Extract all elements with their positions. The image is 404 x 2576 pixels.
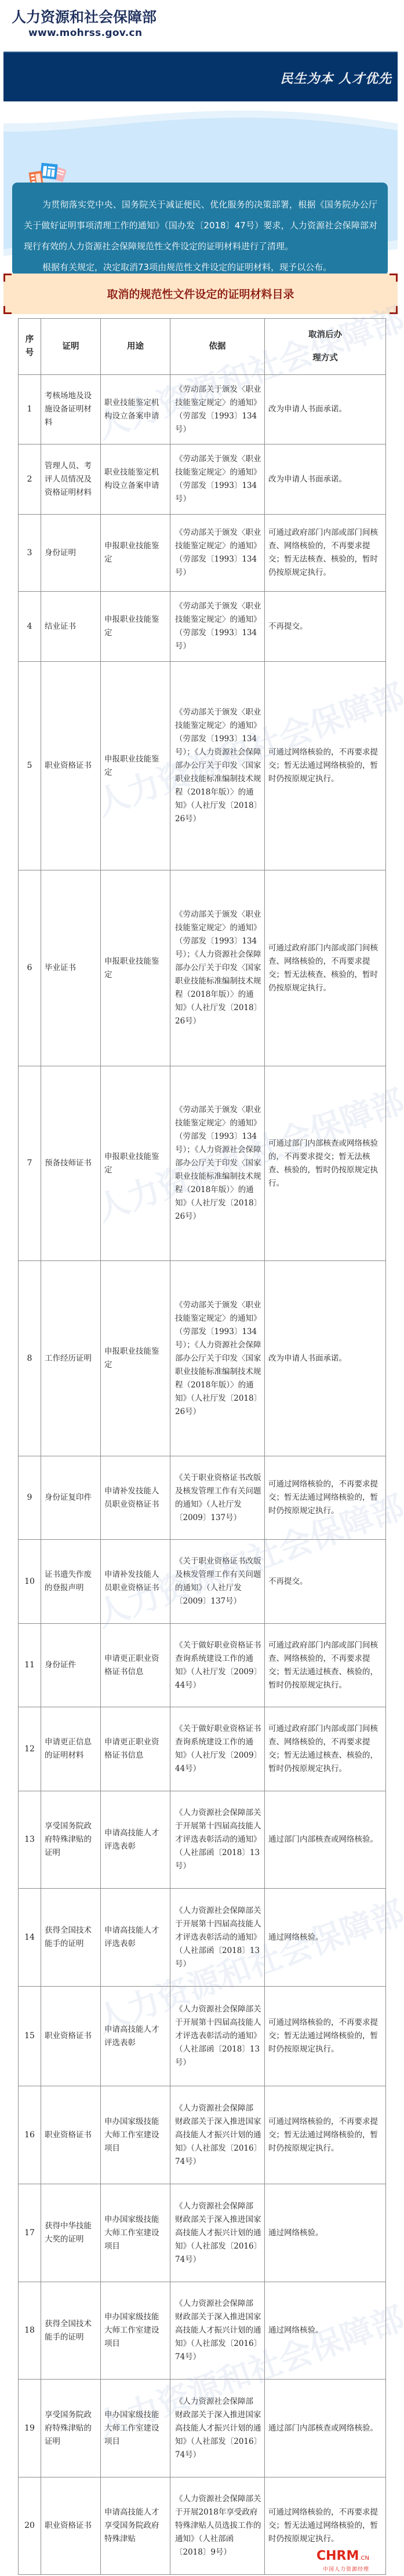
- cert-cell: 预备技师证书: [41, 1066, 101, 1261]
- row-number: 11: [19, 1624, 41, 1707]
- row-number: 8: [19, 1261, 41, 1456]
- cert-cell: 职业资格证书: [41, 1987, 101, 2086]
- basis-cell: 《人力资源社会保障部 财政部关于深入推进国家高技能人才振兴计划的通知》（人社部发…: [170, 2380, 265, 2477]
- row-number: 13: [19, 1791, 41, 1889]
- method-cell: 改为申请人书面承诺。: [265, 444, 386, 515]
- row-number: 14: [19, 1889, 41, 1987]
- basis-cell: 《劳动部关于颁发〈职业技能鉴定规定〉的通知》（劳部发〔1993〕134号）: [170, 375, 265, 444]
- use-cell: 职业技能鉴定机构设立备案申请: [101, 375, 170, 444]
- table-row: 5职业资格证书申报职业技能鉴定《劳动部关于颁发〈职业技能鉴定规定〉的通知》（劳部…: [19, 662, 386, 870]
- use-cell: 申报职业技能鉴定: [101, 1066, 170, 1261]
- use-cell: 申请更正职业资格证书信息: [101, 1624, 170, 1707]
- cert-cell: 管理人员、考评人员情况及资格证明材料: [41, 444, 101, 515]
- cert-cell: 证书遗失作废的登报声明: [41, 1540, 101, 1624]
- intro-paragraph: 为贯彻落实党中央、国务院关于减证便民、优化服务的决策部署，根据《国务院办公厅关于…: [24, 194, 377, 257]
- basis-cell: 《人力资源社会保障部关于开展第十四届高技能人才评选表彰活动的通知》（人社部函〔2…: [170, 1791, 265, 1889]
- header-method: 取消后办理方式: [265, 319, 386, 375]
- table-row: 9身份证复印件申请补发技能人员职业资格证书《关于职业资格证书改版及核发管理工作有…: [19, 1456, 386, 1540]
- method-cell: 可通过网络核验的，不再要求提交；暂无法通过网络核验的，暂时仍按原规定执行。: [265, 1987, 386, 2086]
- basis-cell: 《关于做好职业资格证书查询系统建设工作的通知》（人社厅发〔2009〕44号）: [170, 1624, 265, 1707]
- method-cell: 可通过网络核验的，不再要求提交；暂无法通过网络核验的，暂时仍按原规定执行。: [265, 1456, 386, 1540]
- chrm-suffix: .CN: [359, 2555, 369, 2562]
- method-cell: 通过网络核验。: [265, 2184, 386, 2282]
- basis-cell: 《关于职业资格证书改版及核发管理工作有关问题的通知》（人社厅发〔2009〕137…: [170, 1456, 265, 1540]
- use-cell: 申办国家级技能大师工作室建设项目: [101, 2184, 170, 2282]
- method-cell: 通过部门内部核查或网络核验。: [265, 2380, 386, 2477]
- method-cell: 可通过政府部门内部或部门间核查、网络核验的，不再要求提交；暂无法通过核查、核验的…: [265, 1624, 386, 1707]
- basis-cell: 《关于职业资格证书改版及核发管理工作有关问题的通知》（人社厅发〔2009〕137…: [170, 1540, 265, 1624]
- chrm-brand: CHRM: [316, 2549, 359, 2563]
- section-title-banner: 取消的规范性文件设定的证明材料目录: [3, 274, 398, 314]
- row-number: 16: [19, 2086, 41, 2184]
- method-cell: 可通过网络核验的，不再要求提交；暂无法通过网络核验的，暂时仍按原规定执行。: [265, 2086, 386, 2184]
- slogan: 民生为本 人才优先: [280, 69, 392, 87]
- row-number: 1: [19, 375, 41, 444]
- basis-cell: 《人力资源社会保障部 财政部关于深入推进国家高技能人才振兴计划的通知》（人社部发…: [170, 2184, 265, 2282]
- table-row: 4结业证书申报职业技能鉴定《劳动部关于颁发〈职业技能鉴定规定〉的通知》（劳部发〔…: [19, 592, 386, 662]
- basis-cell: 《劳动部关于颁发〈职业技能鉴定规定〉的通知》（劳部发〔1993〕134号）: [170, 592, 265, 662]
- header-use: 用途: [101, 319, 170, 375]
- use-cell: 申请高技能人才评选表彰: [101, 1987, 170, 2086]
- use-cell: 申请高技能人才评选表彰: [101, 1889, 170, 1987]
- table-header-row: 序号 证明 用途 依据 取消后办理方式: [19, 319, 386, 375]
- cert-cell: 考核场地及设施设备证明材料: [41, 375, 101, 444]
- certificate-table: 序号 证明 用途 依据 取消后办理方式 1考核场地及设施设备证明材料职业技能鉴定…: [18, 318, 386, 2575]
- method-cell: 可通过政府部门内部或部门间核查、网络核验的，不再要求提交；暂无法通过核查、核验的…: [265, 1707, 386, 1791]
- header-cert: 证明: [41, 319, 101, 375]
- use-cell: 申请高技能人才评选表彰: [101, 1791, 170, 1889]
- row-number: 9: [19, 1456, 41, 1540]
- basis-cell: 《劳动部关于颁发〈职业技能鉴定规定〉的通知》（劳部发〔1993〕134号）: [170, 444, 265, 515]
- basis-cell: 《人力资源社会保障部关于开展第十四届高技能人才评选表彰活动的通知》（人社部函〔2…: [170, 1987, 265, 2086]
- site-url[interactable]: www.mohrss.gov.cn: [28, 27, 142, 39]
- basis-cell: 《劳动部关于颁发〈职业技能鉴定规定〉的通知》（劳部发〔1993〕134号）；《人…: [170, 1066, 265, 1261]
- row-number: 7: [19, 1066, 41, 1261]
- cert-cell: 职业资格证书: [41, 2086, 101, 2184]
- row-number: 3: [19, 515, 41, 592]
- basis-cell: 《人力资源社会保障部关于开展第十四届高技能人才评选表彰活动的通知》（人社部函〔2…: [170, 1889, 265, 1987]
- cert-cell: 职业资格证书: [41, 2477, 101, 2575]
- chrm-subtitle: 中国人力资源经理: [316, 2565, 369, 2573]
- header-basis: 依据: [170, 319, 265, 375]
- table-row: 1考核场地及设施设备证明材料职业技能鉴定机构设立备案申请《劳动部关于颁发〈职业技…: [19, 375, 386, 444]
- method-cell: 改为申请人书面承诺。: [265, 375, 386, 444]
- header-banner: 民生为本 人才优先: [3, 52, 398, 101]
- use-cell: 申办国家级技能大师工作室建设项目: [101, 2086, 170, 2184]
- row-number: 20: [19, 2477, 41, 2575]
- cert-cell: 享受国务院政府特殊津贴的证明: [41, 2380, 101, 2477]
- method-cell: 通过网络核验。: [265, 2282, 386, 2380]
- cert-cell: 身份证件: [41, 1624, 101, 1707]
- row-number: 17: [19, 2184, 41, 2282]
- method-cell: 可通过部门内部核查或网络核验的，不再要求提交；暂无法核查、核验的，暂时仍按原规定…: [265, 1066, 386, 1261]
- header-seq: 序号: [19, 319, 41, 375]
- table-row: 8工作经历证明申报职业技能鉴定《劳动部关于颁发〈职业技能鉴定规定〉的通知》（劳部…: [19, 1261, 386, 1456]
- cert-cell: 身份证复印件: [41, 1456, 101, 1540]
- row-number: 10: [19, 1540, 41, 1624]
- table-row: 11身份证件申请更正职业资格证书信息《关于做好职业资格证书查询系统建设工作的通知…: [19, 1624, 386, 1707]
- table-row: 7预备技师证书申报职业技能鉴定《劳动部关于颁发〈职业技能鉴定规定〉的通知》（劳部…: [19, 1066, 386, 1261]
- chrm-logo: CHRM.CN 中国人力资源经理: [316, 2550, 369, 2573]
- use-cell: 申请补发技能人员职业资格证书: [101, 1456, 170, 1540]
- row-number: 2: [19, 444, 41, 515]
- table-row: 6毕业证书申报职业技能鉴定《劳动部关于颁发〈职业技能鉴定规定〉的通知》（劳部发〔…: [19, 870, 386, 1066]
- corner-bracket-icon: [3, 274, 12, 282]
- basis-cell: 《劳动部关于颁发〈职业技能鉴定规定〉的通知》（劳部发〔1993〕134号）: [170, 515, 265, 592]
- corner-bracket-icon: [3, 306, 12, 314]
- intro-notice: 为贯彻落实党中央、国务院关于减证便民、优化服务的决策部署，根据《国务院办公厅关于…: [12, 183, 388, 276]
- cert-cell: 工作经历证明: [41, 1261, 101, 1456]
- use-cell: 申报职业技能鉴定: [101, 592, 170, 662]
- use-cell: 申报职业技能鉴定: [101, 662, 170, 870]
- table-row: 3身份证明申报职业技能鉴定《劳动部关于颁发〈职业技能鉴定规定〉的通知》（劳部发〔…: [19, 515, 386, 592]
- table-row: 12申请更正信息的证明材料申请更正职业资格证书信息《关于做好职业资格证书查询系统…: [19, 1707, 386, 1791]
- basis-cell: 《关于做好职业资格证书查询系统建设工作的通知》（人社厅发〔2009〕44号）: [170, 1707, 265, 1791]
- basis-cell: 《人力资源社会保障部 财政部关于深入推进国家高技能人才振兴计划的通知》（人社部发…: [170, 2086, 265, 2184]
- method-cell: 可通过政府部门内部或部门间核查、网络核验的，不再要求提交；暂无法核查、核验的，暂…: [265, 870, 386, 1066]
- table-row: 15职业资格证书申请高技能人才评选表彰《人力资源社会保障部关于开展第十四届高技能…: [19, 1987, 386, 2086]
- use-cell: 申报职业技能鉴定: [101, 870, 170, 1066]
- basis-cell: 《劳动部关于颁发〈职业技能鉴定规定〉的通知》（劳部发〔1993〕134号）；《人…: [170, 870, 265, 1066]
- cert-cell: 毕业证书: [41, 870, 101, 1066]
- cert-cell: 结业证书: [41, 592, 101, 662]
- method-cell: 改为申请人书面承诺。: [265, 1261, 386, 1456]
- basis-cell: 《人力资源社会保障部关于开展2018年享受政府特殊津贴人员选拔工作的通知》（人社…: [170, 2477, 265, 2575]
- cert-cell: 申请更正信息的证明材料: [41, 1707, 101, 1791]
- site-header: 人力资源和社会保障部 www.mohrss.gov.cn: [0, 0, 404, 51]
- use-cell: 职业技能鉴定机构设立备案申请: [101, 444, 170, 515]
- use-cell: 申请更正职业资格证书信息: [101, 1707, 170, 1791]
- use-cell: 申报职业技能鉴定: [101, 515, 170, 592]
- table-row: 17获得中华技能大奖的证明申办国家级技能大师工作室建设项目《人力资源社会保障部 …: [19, 2184, 386, 2282]
- cert-cell: 享受国务院政府特殊津贴的证明: [41, 1791, 101, 1889]
- table-row: 10证书遗失作废的登报声明申请补发技能人员职业资格证书《关于职业资格证书改版及核…: [19, 1540, 386, 1624]
- table-row: 18获得全国技术能手的证明申办国家级技能大师工作室建设项目《人力资源社会保障部 …: [19, 2282, 386, 2380]
- row-number: 15: [19, 1987, 41, 2086]
- use-cell: 申报职业技能鉴定: [101, 1261, 170, 1456]
- corner-bracket-icon: [390, 274, 398, 282]
- use-cell: 申请补发技能人员职业资格证书: [101, 1540, 170, 1624]
- method-cell: 不再提交。: [265, 1540, 386, 1624]
- row-number: 6: [19, 870, 41, 1066]
- org-name: 人力资源和社会保障部: [12, 6, 156, 27]
- cert-cell: 职业资格证书: [41, 662, 101, 870]
- basis-cell: 《人力资源社会保障部 财政部关于深入推进国家高技能人才振兴计划的通知》（人社部发…: [170, 2282, 265, 2380]
- table-row: 14获得全国技术能手的证明申请高技能人才评选表彰《人力资源社会保障部关于开展第十…: [19, 1889, 386, 1987]
- table-row: 16职业资格证书申办国家级技能大师工作室建设项目《人力资源社会保障部 财政部关于…: [19, 2086, 386, 2184]
- row-number: 18: [19, 2282, 41, 2380]
- section-title: 取消的规范性文件设定的证明材料目录: [3, 286, 398, 301]
- method-cell: 可通过网络核验的，不再要求提交；暂无法通过网络核验的，暂时仍按原规定执行。: [265, 662, 386, 870]
- cert-cell: 身份证明: [41, 515, 101, 592]
- row-number: 19: [19, 2380, 41, 2477]
- use-cell: 申请高技能人才享受国务院政府特殊津贴: [101, 2477, 170, 2575]
- basis-cell: 《劳动部关于颁发〈职业技能鉴定规定〉的通知》（劳部发〔1993〕134号）；《人…: [170, 1261, 265, 1456]
- method-cell: 不再提交。: [265, 592, 386, 662]
- use-cell: 申办国家级技能大师工作室建设项目: [101, 2282, 170, 2380]
- wave-decoration-top: [3, 107, 398, 148]
- row-number: 4: [19, 592, 41, 662]
- basis-cell: 《劳动部关于颁发〈职业技能鉴定规定〉的通知》（劳部发〔1993〕134号）；《人…: [170, 662, 265, 870]
- row-number: 5: [19, 662, 41, 870]
- method-cell: 可通过政府部门内部或部门间核查、网络核验的，不再要求提交；暂无法核查、核验的，暂…: [265, 515, 386, 592]
- cert-cell: 获得全国技术能手的证明: [41, 1889, 101, 1987]
- corner-bracket-icon: [390, 306, 398, 314]
- table-row: 2管理人员、考评人员情况及资格证明材料职业技能鉴定机构设立备案申请《劳动部关于颁…: [19, 444, 386, 515]
- cert-cell: 获得中华技能大奖的证明: [41, 2184, 101, 2282]
- table-row: 13享受国务院政府特殊津贴的证明申请高技能人才评选表彰《人力资源社会保障部关于开…: [19, 1791, 386, 1889]
- method-cell: 通过网络核验。: [265, 1889, 386, 1987]
- cert-cell: 获得全国技术能手的证明: [41, 2282, 101, 2380]
- row-number: 12: [19, 1707, 41, 1791]
- table-row: 19享受国务院政府特殊津贴的证明申办国家级技能大师工作室建设项目《人力资源社会保…: [19, 2380, 386, 2477]
- use-cell: 申办国家级技能大师工作室建设项目: [101, 2380, 170, 2477]
- method-cell: 通过部门内部核查或网络核验。: [265, 1791, 386, 1889]
